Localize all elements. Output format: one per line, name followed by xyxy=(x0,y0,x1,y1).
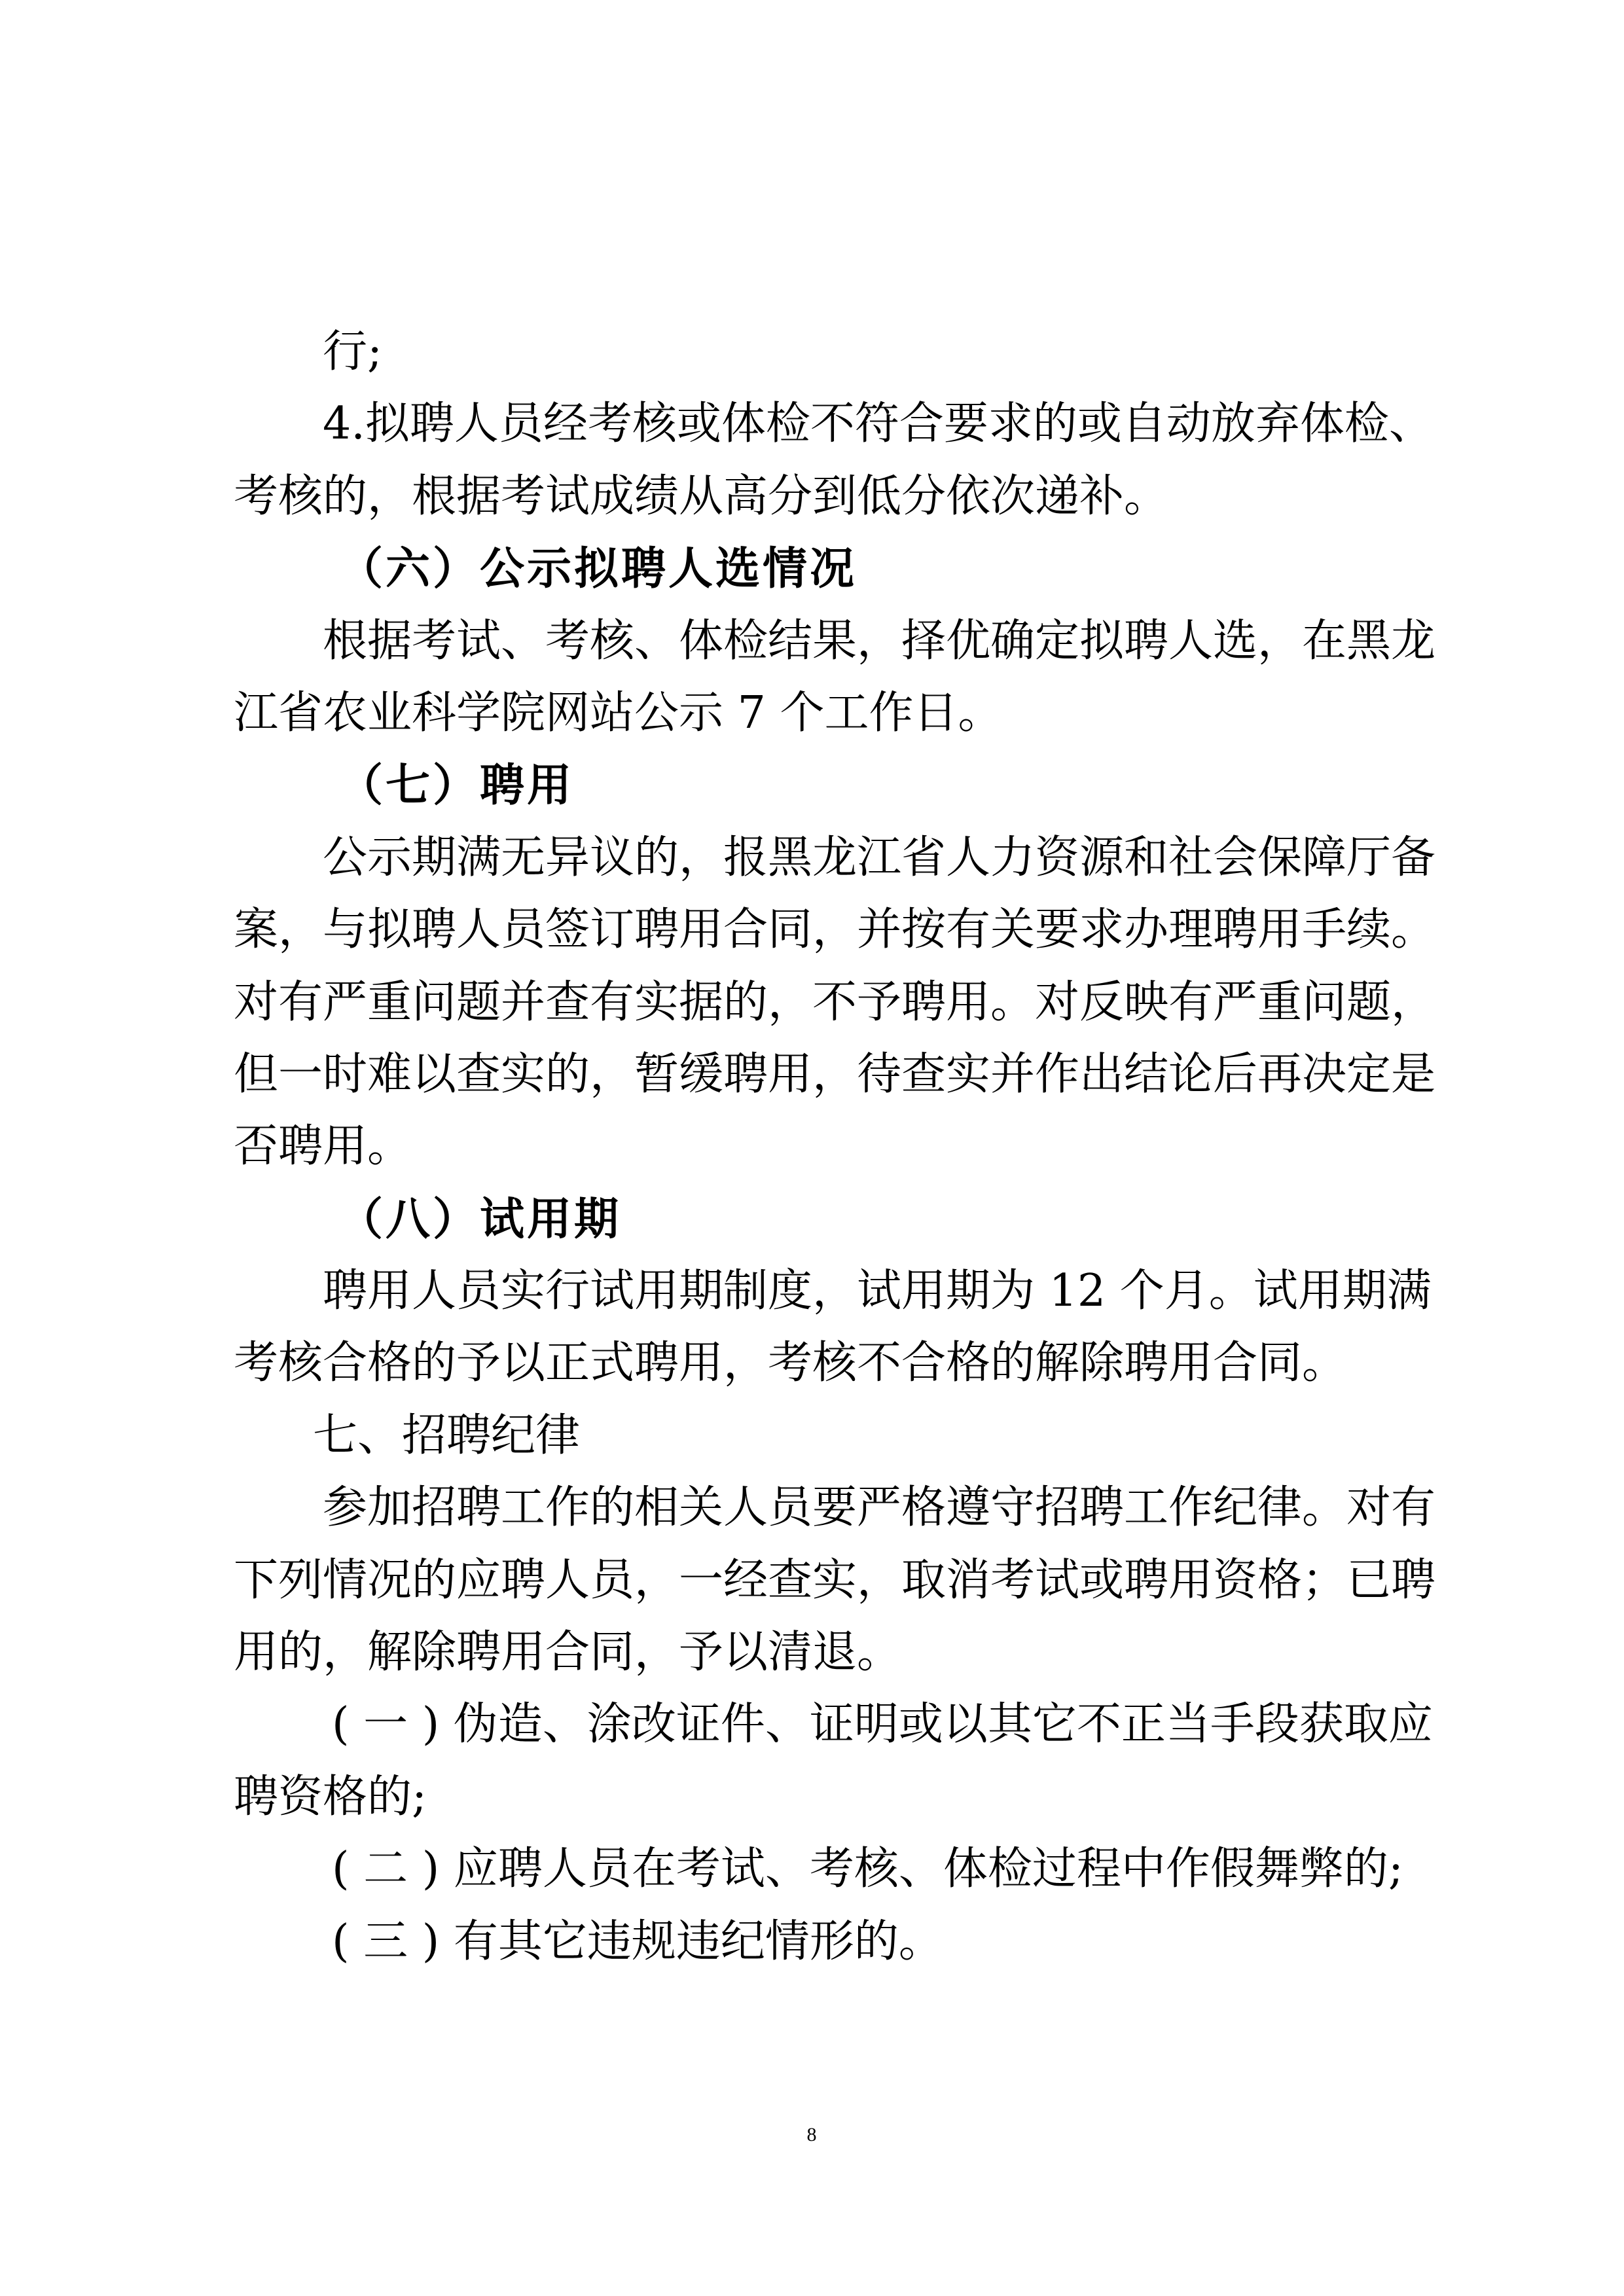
document-page: 行; 4.拟聘人员经考核或体检不符合要求的或自动放弃体检、 考核的，根据考试成绩… xyxy=(0,0,1624,2296)
list-item-1-line-1: ( 一 ) 伪造、涂改证件、证明或以其它不正当手段获取应 xyxy=(234,1689,1395,1761)
page-number: 8 xyxy=(785,2124,838,2146)
section-heading-6: （六）公示拟聘人选情况 xyxy=(234,533,1395,605)
discipline-para-line-3: 用的，解除聘用合同，予以清退。 xyxy=(234,1617,1395,1689)
continuation-line: 行; xyxy=(234,316,1395,388)
section-7-para-line-1: 公示期满无异议的，报黑龙江省人力资源和社会保障厅备 xyxy=(234,822,1395,894)
item-4-line-1: 4.拟聘人员经考核或体检不符合要求的或自动放弃体检、 xyxy=(234,388,1395,460)
section-6-para-line-2: 江省农业科学院网站公示 7 个工作日。 xyxy=(234,677,1395,749)
section-7-para-line-2: 案，与拟聘人员签订聘用合同，并按有关要求办理聘用手续。 xyxy=(234,894,1395,966)
section-8-para-line-2: 考核合格的予以正式聘用，考核不合格的解除聘用合同。 xyxy=(234,1327,1395,1399)
body-text: 行; 4.拟聘人员经考核或体检不符合要求的或自动放弃体检、 考核的，根据考试成绩… xyxy=(234,316,1395,1978)
discipline-para-line-2: 下列情况的应聘人员，一经查实，取消考试或聘用资格；已聘 xyxy=(234,1545,1395,1617)
list-item-1-line-2: 聘资格的; xyxy=(234,1761,1395,1833)
section-6-para-line-1: 根据考试、考核、体检结果，择优确定拟聘人选，在黑龙 xyxy=(234,605,1395,677)
item-4-line-2: 考核的，根据考试成绩从高分到低分依次递补。 xyxy=(234,461,1395,533)
discipline-para-line-1: 参加招聘工作的相关人员要严格遵守招聘工作纪律。对有 xyxy=(234,1472,1395,1544)
list-item-2: ( 二 ) 应聘人员在考试、考核、体检过程中作假舞弊的; xyxy=(234,1833,1395,1905)
section-heading-8: （八）试用期 xyxy=(234,1183,1395,1255)
section-7-para-line-5: 否聘用。 xyxy=(234,1111,1395,1183)
section-7-para-line-4: 但一时难以查实的，暂缓聘用，待查实并作出结论后再决定是 xyxy=(234,1039,1395,1111)
section-heading-7: （七）聘用 xyxy=(234,749,1395,821)
chapter-heading-7: 七、招聘纪律 xyxy=(234,1400,1395,1472)
section-8-para-line-1: 聘用人员实行试用期制度，试用期为 12 个月。试用期满 xyxy=(234,1255,1395,1327)
list-item-3: ( 三 ) 有其它违规违纪情形的。 xyxy=(234,1906,1395,1978)
section-7-para-line-3: 对有严重问题并查有实据的，不予聘用。对反映有严重问题， xyxy=(234,967,1395,1039)
